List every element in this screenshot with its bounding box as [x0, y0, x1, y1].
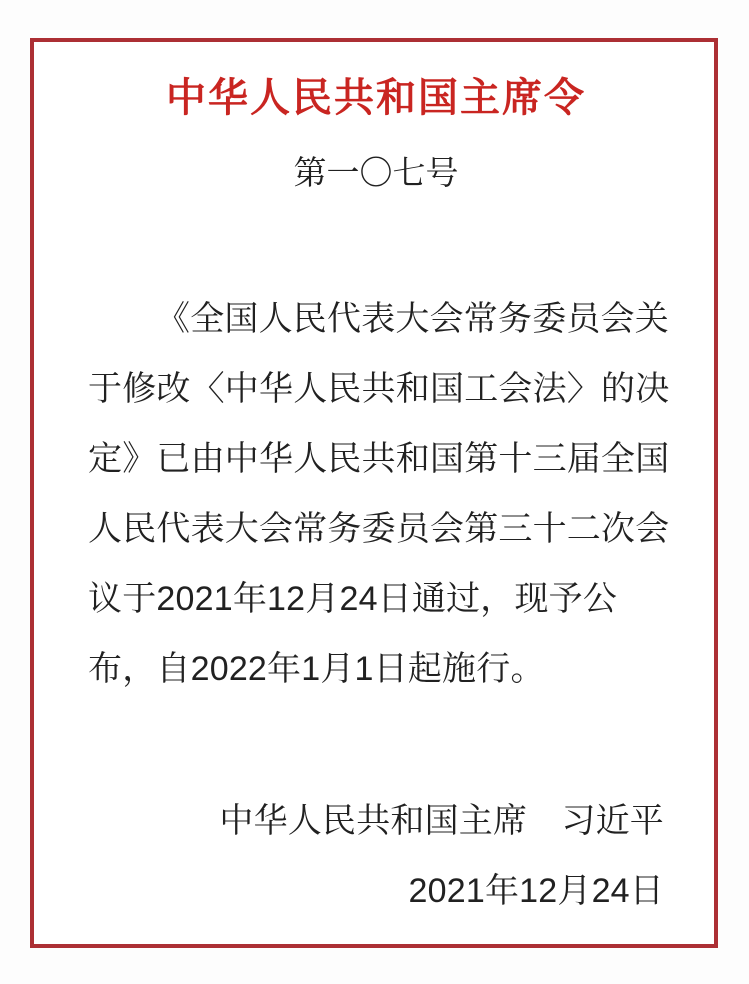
date-line: 2021年12月24日 [88, 873, 664, 909]
decree-body: 《全国人民代表大会常务委员会关 于修改〈中华人民共和国工会法〉的决 定》已由中华… [88, 301, 664, 687]
body-line-2: 于修改〈中华人民共和国工会法〉的决 [88, 371, 664, 407]
body-line-1: 《全国人民代表大会常务委员会关 [88, 301, 664, 337]
body-line-4: 人民代表大会常务委员会第三十二次会 [88, 511, 664, 547]
decree-page: 中华人民共和国主席令 第一〇七号 《全国人民代表大会常务委员会关 于修改〈中华人… [0, 0, 749, 984]
decree-title: 中华人民共和国主席令 [88, 78, 664, 118]
decree-number: 第一〇七号 [88, 156, 664, 189]
body-line-5: 议于2021年12月24日通过，现予公 [88, 581, 664, 617]
decree-border-frame: 中华人民共和国主席令 第一〇七号 《全国人民代表大会常务委员会关 于修改〈中华人… [30, 38, 718, 948]
signature-line: 中华人民共和国主席 习近平 [88, 803, 664, 839]
body-line-3: 定》已由中华人民共和国第十三届全国 [88, 441, 664, 477]
body-line-6: 布，自2022年1月1日起施行。 [88, 651, 664, 687]
